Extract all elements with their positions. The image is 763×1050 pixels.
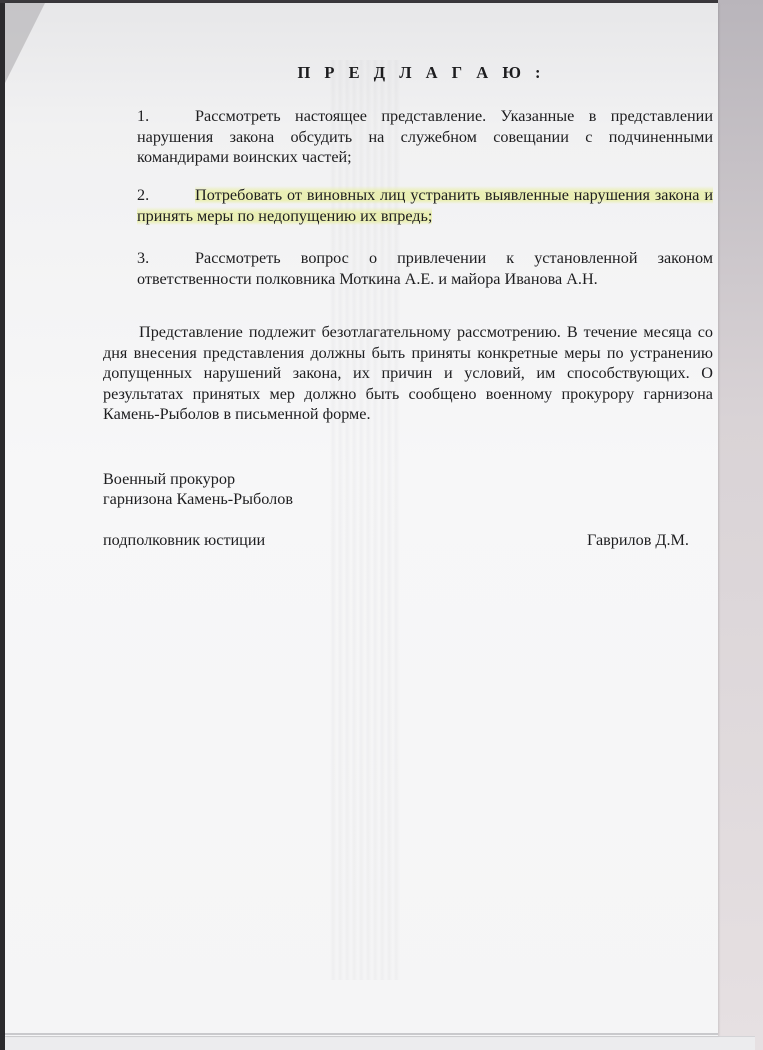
main-paragraph: Представление подлежит безотлагательному… [103, 322, 713, 425]
signatory-garrison: гарнизона Камень-Рыболов [103, 489, 293, 510]
proposal-item-1: 1.Рассмотреть настоящее представление. У… [137, 106, 713, 168]
underlying-sheet-edge [5, 1036, 755, 1050]
proposal-item-2: 2.Потребовать от виновных лиц устранить … [137, 185, 713, 226]
signatory-rank: подполковник юстиции [103, 530, 265, 551]
page-bottom-edge [5, 1033, 718, 1035]
item-number: 1. [137, 106, 195, 127]
signatory-name: Гаврилов Д.М. [587, 530, 689, 551]
item-number: 3. [137, 248, 195, 269]
signatory-position: Военный прокурор [103, 469, 235, 490]
item-text: Рассмотреть вопрос о привлечении к устан… [137, 249, 713, 288]
proposal-item-3: 3.Рассмотреть вопрос о привлечении к уст… [137, 248, 713, 289]
scan-background-strip [718, 0, 763, 1050]
item-text: Рассмотреть настоящее представление. Ука… [137, 107, 713, 166]
item-number: 2. [137, 185, 195, 206]
section-title: П Р Е Д Л А Г А Ю : [0, 63, 763, 83]
highlighted-item-text: Потребовать от виновных лиц устранить вы… [137, 186, 713, 225]
